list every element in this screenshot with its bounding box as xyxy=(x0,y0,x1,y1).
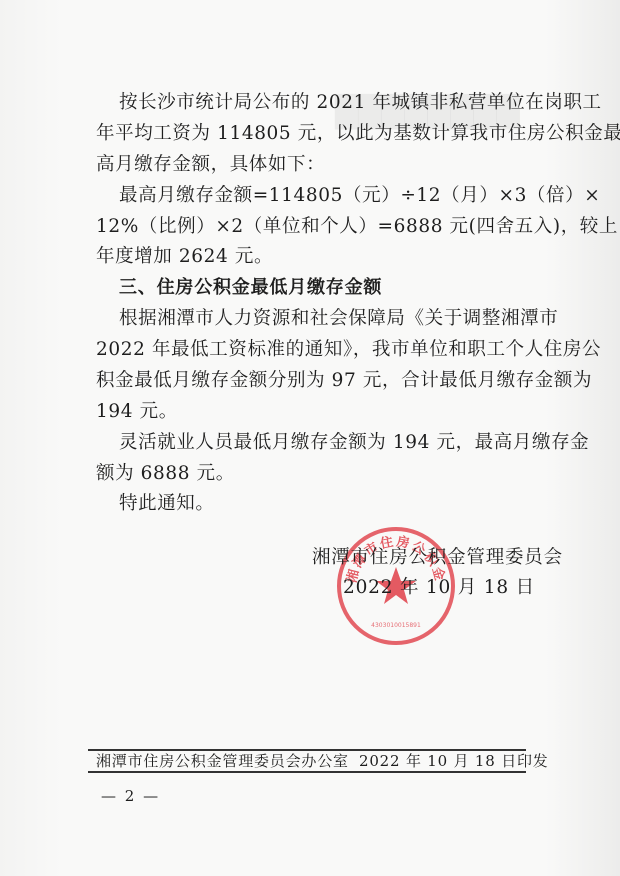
footer-print-date: 2022 年 10 月 18 日印发 xyxy=(359,750,549,771)
body-line: 194 元。 xyxy=(96,396,178,427)
body-line: 高月缴存金额，具体如下： xyxy=(96,149,325,180)
footer-bottom-rule xyxy=(88,771,526,773)
body-line: 额为 6888 元。 xyxy=(96,458,235,489)
closing-line: 特此通知。 xyxy=(119,488,215,519)
formula-line: 12%（比例）×2（单位和个人）=6888 元(四舍五入)，较上 xyxy=(96,211,618,242)
body-line: 年平均工资为 114805 元，以此为基数计算我市住房公积金最 xyxy=(96,118,620,149)
formula-line: 最高月缴存金额=114805（元）÷12（月）×3（倍）× xyxy=(119,180,600,211)
body-line: 积金最低月缴存金额分别为 97 元，合计最低月缴存金额为 xyxy=(96,365,592,396)
body-line: 根据湘潭市人力资源和社会保障局《关于调整湘潭市 xyxy=(119,303,558,334)
signature-date: 2022 年 10 月 18 日 xyxy=(343,573,535,599)
body-line: 灵活就业人员最低月缴存金额为 194 元，最高月缴存金 xyxy=(119,427,589,458)
body-line: 2022 年最低工资标准的通知》，我市单位和职工个人住房公 xyxy=(96,334,601,365)
footer-office: 湘潭市住房公积金管理委员会办公室 xyxy=(96,750,349,771)
formula-line: 年度增加 2624 元。 xyxy=(96,241,273,272)
svg-text:4303010015891: 4303010015891 xyxy=(371,622,421,629)
document-page: ████████ 按长沙市统计局公布的 2021 年城镇非私营单位在岗职工 年平… xyxy=(0,0,620,876)
body-line: 按长沙市统计局公布的 2021 年城镇非私营单位在岗职工 xyxy=(119,87,602,118)
page-number: — 2 — xyxy=(101,787,160,805)
section-heading: 三、住房公积金最低月缴存金额 xyxy=(119,272,382,303)
signature-issuer: 湘潭市住房公积金管理委员会 xyxy=(312,543,563,569)
